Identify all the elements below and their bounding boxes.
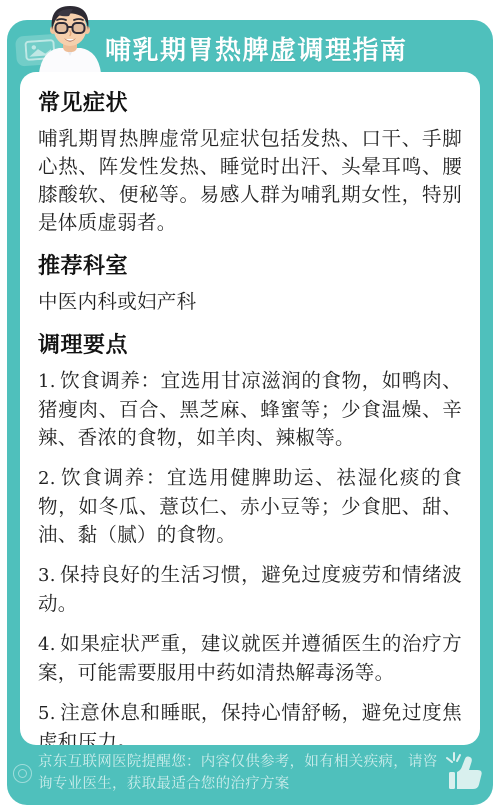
info-circle-icon: [13, 764, 32, 783]
tip-item: 5.注意休息和睡眠，保持心情舒畅，避免过度焦虑和压力。: [38, 699, 462, 745]
tip-item: 4.如果症状严重，建议就医并遵循医生的治疗方案，可能需要服用中药如清热解毒汤等。: [38, 630, 462, 687]
department-text: 中医内科或妇产科: [38, 288, 462, 316]
page-title: 哺乳期胃热脾虚调理指南: [105, 30, 408, 67]
footer-disclaimer: 京东互联网医院提醒您：内容仅供参考，如有相关疾病，请咨询专业医生，获取最适合您的…: [38, 751, 439, 795]
tip-number: 2.: [38, 468, 56, 489]
tip-number: 3.: [38, 565, 56, 586]
tip-item: 1.饮食调养：宜选用甘凉滋润的食物，如鸭肉、猪瘦肉、百合、黑芝麻、蜂蜜等；少食温…: [38, 367, 462, 452]
section-heading-symptoms: 常见症状: [38, 86, 462, 117]
tip-number: 1.: [38, 371, 56, 392]
tip-number: 4.: [38, 634, 56, 655]
content-card: 常见症状 哺乳期胃热脾虚常见症状包括发热、口干、手脚心热、阵发性发热、睡觉时出汗…: [20, 72, 480, 745]
teal-frame: 哺乳期胃热脾虚调理指南 常见症状 哺乳期胃热脾虚常见症状包括发热、口干、手脚心热…: [7, 20, 493, 805]
page: 哺乳期胃热脾虚调理指南 常见症状 哺乳期胃热脾虚常见症状包括发热、口干、手脚心热…: [0, 0, 500, 811]
tip-item: 3.保持良好的生活习惯，避免过度疲劳和情绪波动。: [38, 561, 462, 618]
tip-text: 保持良好的生活习惯，避免过度疲劳和情绪波动。: [38, 564, 462, 615]
thumbs-up-icon[interactable]: [445, 751, 485, 795]
section-heading-department: 推荐科室: [38, 249, 462, 280]
tip-number: 5.: [38, 703, 56, 724]
header: 哺乳期胃热脾虚调理指南: [7, 20, 493, 72]
tip-item: 2.饮食调养：宜选用健脾助运、祛湿化痰的食物，如冬瓜、薏苡仁、赤小豆等；少食肥、…: [38, 464, 462, 549]
tip-text: 如果症状严重，建议就医并遵循医生的治疗方案，可能需要服用中药如清热解毒汤等。: [38, 633, 462, 684]
footer: 京东互联网医院提醒您：内容仅供参考，如有相关疾病，请咨询专业医生，获取最适合您的…: [7, 745, 493, 805]
symptoms-text: 哺乳期胃热脾虚常见症状包括发热、口干、手脚心热、阵发性发热、睡觉时出汗、头晕耳鸣…: [38, 125, 462, 237]
section-heading-tips: 调理要点: [38, 328, 462, 359]
doctor-avatar: [33, 4, 107, 73]
tip-text: 饮食调养：宜选用健脾助运、祛湿化痰的食物，如冬瓜、薏苡仁、赤小豆等；少食肥、甜、…: [38, 467, 462, 546]
tip-text: 饮食调养：宜选用甘凉滋润的食物，如鸭肉、猪瘦肉、百合、黑芝麻、蜂蜜等；少食温燥、…: [38, 370, 462, 449]
tip-text: 注意休息和睡眠，保持心情舒畅，避免过度焦虑和压力。: [38, 702, 462, 745]
